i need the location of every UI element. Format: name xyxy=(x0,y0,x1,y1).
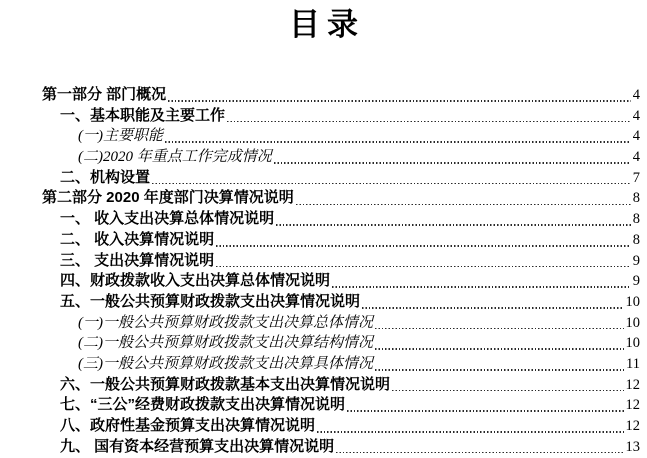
toc-entry-label: 一、 收入支出决算总体情况说明 xyxy=(60,209,274,230)
toc-entry[interactable]: 一、基本职能及主要工作4 xyxy=(0,106,647,127)
dotted-leader xyxy=(274,162,631,164)
toc-entry[interactable]: 六、一般公共预算财政拨款基本支出决算情况说明12 xyxy=(0,375,647,396)
toc-page-number: 4 xyxy=(633,106,640,127)
toc-page-number: 8 xyxy=(633,209,640,230)
toc-page-number: 4 xyxy=(633,147,640,168)
toc-entry[interactable]: 二、机构设置7 xyxy=(0,168,647,189)
toc-entry-label: 二、 收入决算情况说明 xyxy=(60,230,214,251)
toc-entry[interactable]: 一、 收入支出决算总体情况说明8 xyxy=(0,209,647,230)
toc-entry-label: 四、财政拨款收入支出决算总体情况说明 xyxy=(60,271,330,292)
dotted-leader xyxy=(227,121,631,123)
toc-entry-label: 六、一般公共预算财政拨款基本支出决算情况说明 xyxy=(60,375,390,396)
toc-entry[interactable]: (一)一般公共预算财政拨款支出决算总体情况10 xyxy=(0,313,647,334)
dotted-leader xyxy=(168,100,631,102)
toc-entry[interactable]: (一)主要职能4 xyxy=(0,126,647,147)
toc-page-number: 12 xyxy=(626,395,641,416)
dotted-leader xyxy=(216,245,631,247)
toc-page-number: 12 xyxy=(626,375,641,396)
toc-entry[interactable]: 九、 国有资本经营预算支出决算情况说明13 xyxy=(0,437,647,458)
dotted-leader xyxy=(276,224,631,226)
toc-entry-label: 二、机构设置 xyxy=(60,168,150,189)
toc-page-number: 12 xyxy=(626,416,641,437)
dotted-leader xyxy=(392,390,623,392)
toc-entry[interactable]: (三)一般公共预算财政拨款支出决算具体情况11 xyxy=(0,354,647,375)
toc-entry[interactable]: 五、一般公共预算财政拨款支出决算情况说明10 xyxy=(0,292,647,313)
dotted-leader xyxy=(375,348,624,350)
dotted-leader xyxy=(375,328,624,330)
toc-entry[interactable]: 四、财政拨款收入支出决算总体情况说明9 xyxy=(0,271,647,292)
toc-entry-label: 七、“三公”经费财政拨款支出决算情况说明 xyxy=(60,395,345,416)
toc-entry[interactable]: (二)一般公共预算财政拨款支出决算结构情况10 xyxy=(0,333,647,354)
toc-entry-label: 一、基本职能及主要工作 xyxy=(60,106,225,127)
toc-page-number: 10 xyxy=(626,292,641,313)
toc-entry-label: 五、一般公共预算财政拨款支出决算情况说明 xyxy=(60,292,360,313)
toc-entry-label: (三)一般公共预算财政拨款支出决算具体情况 xyxy=(78,354,373,375)
toc-entry-label: (二)一般公共预算财政拨款支出决算结构情况 xyxy=(78,333,373,354)
dotted-leader xyxy=(332,286,631,288)
toc-entry-label: (二)2020 年重点工作完成情况 xyxy=(78,147,272,168)
toc-entry[interactable]: 八、政府性基金预算支出决算情况说明12 xyxy=(0,416,647,437)
dotted-leader xyxy=(375,369,624,371)
toc-page-number: 9 xyxy=(633,271,640,292)
toc-page-number: 9 xyxy=(633,251,640,272)
dotted-leader xyxy=(347,410,623,412)
toc-entry[interactable]: 七、“三公”经费财政拨款支出决算情况说明12 xyxy=(0,395,647,416)
dotted-leader xyxy=(216,266,631,268)
toc-page-number: 11 xyxy=(626,354,640,375)
toc-entry-label: (一)一般公共预算财政拨款支出决算总体情况 xyxy=(78,313,373,334)
toc-entry[interactable]: (二)2020 年重点工作完成情况4 xyxy=(0,147,647,168)
toc-page-number: 13 xyxy=(626,437,641,458)
toc-page-number: 10 xyxy=(626,333,641,354)
toc-entry-label: 三、 支出决算情况说明 xyxy=(60,251,214,272)
toc-entry-label: 九、 国有资本经营预算支出决算情况说明 xyxy=(60,437,334,458)
toc-page-number: 4 xyxy=(633,85,640,106)
toc-entry[interactable]: 二、 收入决算情况说明8 xyxy=(0,230,647,251)
toc-page-number: 4 xyxy=(633,126,640,147)
toc: 第一部分 部门概况4一、基本职能及主要工作4(一)主要职能4(二)2020 年重… xyxy=(0,85,647,457)
page-title: 目录 xyxy=(0,5,647,45)
dotted-leader xyxy=(336,452,623,454)
dotted-leader xyxy=(317,431,623,433)
toc-page-number: 8 xyxy=(633,188,640,209)
dotted-leader xyxy=(296,204,631,206)
toc-entry[interactable]: 三、 支出决算情况说明9 xyxy=(0,251,647,272)
dotted-leader xyxy=(362,307,623,309)
document-page: 目录 第一部分 部门概况4一、基本职能及主要工作4(一)主要职能4(二)2020… xyxy=(0,5,647,458)
toc-page-number: 7 xyxy=(633,168,640,189)
dotted-leader xyxy=(152,183,631,185)
toc-entry-label: (一)主要职能 xyxy=(78,126,163,147)
toc-entry[interactable]: 第二部分 2020 年度部门决算情况说明8 xyxy=(0,188,647,209)
dotted-leader xyxy=(165,141,631,143)
toc-entry-label: 八、政府性基金预算支出决算情况说明 xyxy=(60,416,315,437)
toc-page-number: 10 xyxy=(626,313,641,334)
toc-entry-label: 第二部分 2020 年度部门决算情况说明 xyxy=(42,188,294,209)
toc-entry-label: 第一部分 部门概况 xyxy=(42,85,166,106)
toc-page-number: 8 xyxy=(633,230,640,251)
toc-entry[interactable]: 第一部分 部门概况4 xyxy=(0,85,647,106)
